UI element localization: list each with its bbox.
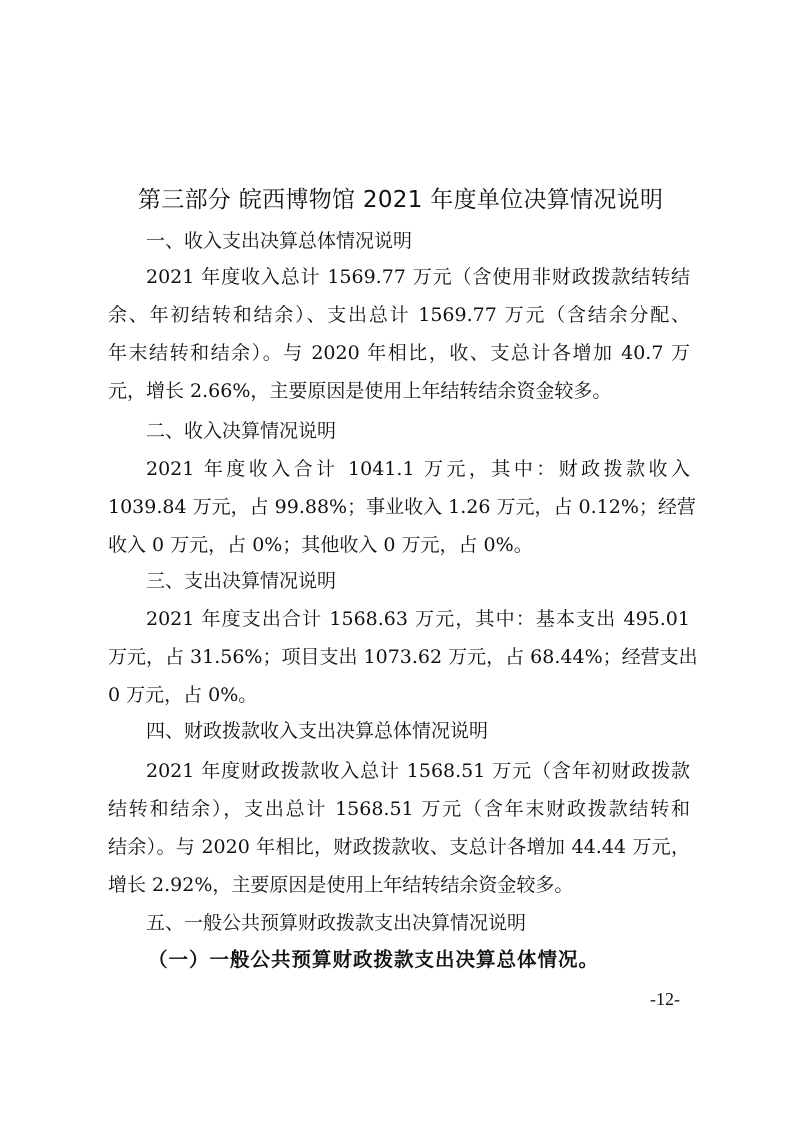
section-heading-2: 二、收入决算情况说明	[146, 418, 336, 444]
paragraph-line: 余、年初结转和结余）、支出总计 1569.77 万元（含结余分配、	[108, 302, 690, 328]
paragraph-line: 0 万元，占 0%。	[108, 682, 690, 708]
section-heading-5: 五、一般公共预算财政拨款支出决算情况说明	[146, 910, 526, 936]
section-heading-1: 一、收入支出决算总体情况说明	[146, 228, 412, 254]
subsection-heading: （一）一般公共预算财政拨款支出决算总体情况。	[148, 946, 599, 974]
paragraph-line: 元，增长 2.66%，主要原因是使用上年结转结余资金较多。	[108, 378, 690, 404]
paragraph-line: 2021 年度收入合计 1041.1 万元，其中：财政拨款收入	[146, 456, 690, 482]
paragraph-line: 结转和结余），支出总计 1568.51 万元（含年末财政拨款结转和	[108, 796, 690, 822]
paragraph-line: 增长 2.92%，主要原因是使用上年结转结余资金较多。	[108, 872, 690, 898]
paragraph-line: 2021 年度收入总计 1569.77 万元（含使用非财政拨款结转结	[146, 264, 690, 290]
section-heading-4: 四、财政拨款收入支出决算总体情况说明	[146, 718, 488, 744]
document-page: 第三部分 皖西博物馆 2021 年度单位决算情况说明 一、收入支出决算总体情况说…	[0, 0, 793, 1122]
paragraph-line: 结余）。与 2020 年相比，财政拨款收、支总计各增加 44.44 万元，	[108, 834, 690, 860]
paragraph-line: 万元，占 31.56%；项目支出 1073.62 万元，占 68.44%；经营支…	[108, 644, 690, 670]
paragraph-line: 收入 0 万元，占 0%；其他收入 0 万元，占 0%。	[108, 532, 690, 558]
paragraph-line: 2021 年度支出合计 1568.63 万元，其中：基本支出 495.01	[146, 606, 690, 632]
paragraph-line: 1039.84 万元，占 99.88%；事业收入 1.26 万元，占 0.12%…	[108, 494, 690, 520]
page-number: -12-	[650, 988, 680, 1010]
page-title: 第三部分 皖西博物馆 2021 年度单位决算情况说明	[138, 185, 698, 215]
paragraph-line: 2021 年度财政拨款收入总计 1568.51 万元（含年初财政拨款	[146, 758, 690, 784]
paragraph-line: 年末结转和结余）。与 2020 年相比，收、支总计各增加 40.7 万	[108, 340, 690, 366]
section-heading-3: 三、支出决算情况说明	[146, 568, 336, 594]
